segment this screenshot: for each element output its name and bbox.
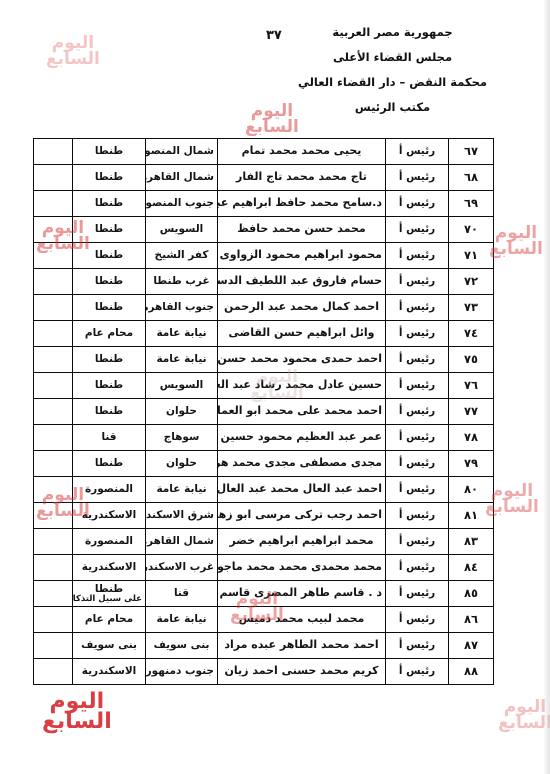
cell-name: كريم محمد حسنى احمد زيان — [218, 659, 386, 685]
cell-grade: رئيس أ — [386, 217, 449, 243]
youm7-watermark: اليوم السابع — [46, 36, 100, 67]
cell-transfer-court: طنطا — [73, 295, 146, 321]
cell-name: مجدى مصطفى مجدى محمد هرجه — [218, 451, 386, 477]
cell-current-court: غرب الاسكندرية — [146, 555, 218, 581]
cell-transfer-court: طنطا — [73, 347, 146, 373]
header-line-court: محكمة النقض – دار القضاء العالي — [285, 70, 500, 95]
table-row: ٨٦رئيس أمحمد لبيب محمد دميسنيابة عامةمحا… — [34, 607, 494, 633]
cell-serial: ٨٣ — [449, 529, 494, 555]
cell-grade: رئيس أ — [386, 347, 449, 373]
scan-edge-shadow — [543, 0, 550, 774]
header-line-council: مجلس القضاء الأعلى — [285, 45, 500, 70]
cell-empty — [34, 659, 73, 685]
cell-transfer-court: الاسكندرية — [73, 503, 146, 529]
table-row: ٧٤رئيس أوائل ابراهيم حسن القاضىنيابة عام… — [34, 321, 494, 347]
cell-current-court: غرب طنطا — [146, 269, 218, 295]
cell-empty — [34, 373, 73, 399]
cell-empty — [34, 347, 73, 373]
cell-empty — [34, 607, 73, 633]
watermark-text: اليوم — [46, 36, 100, 52]
table-row: ٧٨رئيس أعمر عبد العظيم محمود حسين حسنسوه… — [34, 425, 494, 451]
table-row: ٦٨رئيس أتاج محمد محمد تاج الفارشمال القا… — [34, 165, 494, 191]
header-line-office: مكتب الرئيس — [285, 95, 500, 120]
cell-empty — [34, 191, 73, 217]
cell-serial: ٧٦ — [449, 373, 494, 399]
cell-grade: رئيس أ — [386, 373, 449, 399]
cell-empty — [34, 477, 73, 503]
cell-current-court: نيابة عامة — [146, 607, 218, 633]
cell-current-court: جنوب المنصورة — [146, 191, 218, 217]
cell-current-court: شمال القاهرة — [146, 165, 218, 191]
cell-empty — [34, 165, 73, 191]
cell-empty — [34, 295, 73, 321]
cell-serial: ٨٤ — [449, 555, 494, 581]
cell-grade: رئيس أ — [386, 139, 449, 165]
table-row: ٧٦رئيس أحسين عادل محمد رشاد عبد العزيزال… — [34, 373, 494, 399]
cell-serial: ٨١ — [449, 503, 494, 529]
cell-name: محمد محمدى محمد محمد ماجور — [218, 555, 386, 581]
cell-serial: ٧٣ — [449, 295, 494, 321]
cell-name: احمد حمدى محمود محمد حسن — [218, 347, 386, 373]
table-row: ٧٣رئيس أاحمد كمال محمد عبد الرحمنجنوب ال… — [34, 295, 494, 321]
cell-empty — [34, 217, 73, 243]
cell-serial: ٧٠ — [449, 217, 494, 243]
cell-empty — [34, 269, 73, 295]
table-row: ٨٣رئيس أمحمد ابراهيم ابراهيم خضرشمال الق… — [34, 529, 494, 555]
cell-empty — [34, 425, 73, 451]
cell-serial: ٨٠ — [449, 477, 494, 503]
table-row: ٨١رئيس أاحمد رجب تركى مرسى ابو زهرهشرق ا… — [34, 503, 494, 529]
cell-serial: ٨٥ — [449, 581, 494, 607]
cell-grade: رئيس أ — [386, 503, 449, 529]
cell-transfer-court: طنطا — [73, 373, 146, 399]
cell-grade: رئيس أ — [386, 659, 449, 685]
cell-grade: رئيس أ — [386, 451, 449, 477]
cell-transfer-court: محام عام — [73, 607, 146, 633]
document-header: جمهورية مصر العربية مجلس القضاء الأعلى م… — [285, 20, 500, 120]
cell-grade: رئيس أ — [386, 165, 449, 191]
watermark-text: السابع — [46, 52, 100, 68]
cell-name: د.سامح محمد حافظ ابراهيم عبده — [218, 191, 386, 217]
cell-serial: ٨٦ — [449, 607, 494, 633]
cell-current-court: نيابة عامة — [146, 477, 218, 503]
cell-current-court: نيابة عامة — [146, 321, 218, 347]
cell-current-court: جنوب القاهرة — [146, 295, 218, 321]
cell-name: محمود ابراهيم محمود الزواوى — [218, 243, 386, 269]
cell-empty — [34, 555, 73, 581]
cell-serial: ٧٧ — [449, 399, 494, 425]
cell-empty — [34, 633, 73, 659]
cell-transfer-court: قنا — [73, 425, 146, 451]
cell-name: حسين عادل محمد رشاد عبد العزيز — [218, 373, 386, 399]
cell-grade: رئيس أ — [386, 295, 449, 321]
page-number: ٣٧ — [266, 28, 282, 43]
cell-current-court: بنى سويف — [146, 633, 218, 659]
cell-empty — [34, 529, 73, 555]
cell-empty — [34, 139, 73, 165]
cell-current-court: شرق الاسكندرية — [146, 503, 218, 529]
table-row: ٨٨رئيس أكريم محمد حسنى احمد زيانجنوب دمن… — [34, 659, 494, 685]
table-row: ٦٧رئيس أيحيى محمد محمد تمامشمال المنصورة… — [34, 139, 494, 165]
youm7-watermark: اليوم السابع — [42, 692, 112, 732]
cell-serial: ٧١ — [449, 243, 494, 269]
cell-empty — [34, 243, 73, 269]
cell-grade: رئيس أ — [386, 191, 449, 217]
cell-name: احمد رجب تركى مرسى ابو زهره — [218, 503, 386, 529]
cell-transfer-court: طنطا — [73, 451, 146, 477]
cell-name: محمد حسن محمد حافظ — [218, 217, 386, 243]
cell-name: حسام فاروق عبد اللطيف الدسوقى — [218, 269, 386, 295]
cell-serial: ٨٧ — [449, 633, 494, 659]
cell-serial: ٧٥ — [449, 347, 494, 373]
cell-serial: ٧٩ — [449, 451, 494, 477]
scanned-page: ٣٧ جمهورية مصر العربية مجلس القضاء الأعل… — [0, 0, 550, 774]
cell-name: احمد كمال محمد عبد الرحمن — [218, 295, 386, 321]
cell-empty — [34, 399, 73, 425]
cell-grade: رئيس أ — [386, 425, 449, 451]
table-row: ٧١رئيس أمحمود ابراهيم محمود الزواوىكفر ا… — [34, 243, 494, 269]
cell-serial: ٧٨ — [449, 425, 494, 451]
cell-current-court: سوهاج — [146, 425, 218, 451]
cell-transfer-court: طنطا — [73, 191, 146, 217]
cell-current-court: السويس — [146, 373, 218, 399]
cell-name: يحيى محمد محمد تمام — [218, 139, 386, 165]
cell-serial: ٦٨ — [449, 165, 494, 191]
cell-grade: رئيس أ — [386, 607, 449, 633]
cell-name: وائل ابراهيم حسن القاضى — [218, 321, 386, 347]
cell-grade: رئيس أ — [386, 477, 449, 503]
table-row: ٧٧رئيس أاحمد محمد على محمد ابو العمايمحل… — [34, 399, 494, 425]
cell-name: محمد لبيب محمد دميس — [218, 607, 386, 633]
cell-current-court: شمال المنصورة — [146, 139, 218, 165]
cell-current-court: حلوان — [146, 451, 218, 477]
cell-empty — [34, 451, 73, 477]
cell-transfer-court: طنطا — [73, 269, 146, 295]
cell-current-court: جنوب دمنهور — [146, 659, 218, 685]
cell-transfer-court: طنطا — [73, 165, 146, 191]
cell-grade: رئيس أ — [386, 529, 449, 555]
cell-grade: رئيس أ — [386, 243, 449, 269]
cell-note: على سبيل التذكار — [76, 595, 142, 604]
cell-empty — [34, 581, 73, 607]
table-row: ٨٤رئيس أمحمد محمدى محمد محمد ماجورغرب ال… — [34, 555, 494, 581]
table-row: ٧٥رئيس أاحمد حمدى محمود محمد حسننيابة عا… — [34, 347, 494, 373]
cell-name: عمر عبد العظيم محمود حسين حسن — [218, 425, 386, 451]
table-row: ٨٠رئيس أاحمد عبد العال محمد عبد العالنيا… — [34, 477, 494, 503]
judges-table: ٦٧رئيس أيحيى محمد محمد تمامشمال المنصورة… — [33, 138, 494, 685]
cell-transfer-court: الاسكندرية — [73, 659, 146, 685]
cell-current-court: قنا — [146, 581, 218, 607]
cell-transfer-court: طنطا — [73, 399, 146, 425]
header-line-country: جمهورية مصر العربية — [285, 20, 500, 45]
table-row: ٨٥رئيس أد . قاسم طاهر المصرى قاسمقناطنطا… — [34, 581, 494, 607]
cell-current-court: حلوان — [146, 399, 218, 425]
table-row: ٧٠رئيس أمحمد حسن محمد حافظالسويسطنطا — [34, 217, 494, 243]
cell-current-court: كفر الشيخ — [146, 243, 218, 269]
judges-table-body: ٦٧رئيس أيحيى محمد محمد تمامشمال المنصورة… — [34, 139, 494, 685]
cell-serial: ٨٨ — [449, 659, 494, 685]
cell-transfer-court: طنطا — [73, 139, 146, 165]
cell-transfer-court: الاسكندرية — [73, 555, 146, 581]
cell-name: محمد ابراهيم ابراهيم خضر — [218, 529, 386, 555]
cell-current-court: نيابة عامة — [146, 347, 218, 373]
table-row: ٦٩رئيس أد.سامح محمد حافظ ابراهيم عبدهجنو… — [34, 191, 494, 217]
cell-name: احمد عبد العال محمد عبد العال — [218, 477, 386, 503]
cell-current-court: السويس — [146, 217, 218, 243]
cell-empty — [34, 321, 73, 347]
cell-grade: رئيس أ — [386, 633, 449, 659]
table-row: ٨٧رئيس أاحمد محمد الطاهر عبده مرادبنى سو… — [34, 633, 494, 659]
watermark-text: السابع — [245, 120, 299, 136]
cell-serial: ٦٧ — [449, 139, 494, 165]
cell-transfer-court: طنطاعلى سبيل التذكار — [73, 581, 146, 607]
cell-empty — [34, 503, 73, 529]
table-row: ٧٩رئيس أمجدى مصطفى مجدى محمد هرجهحلوانطن… — [34, 451, 494, 477]
watermark-text: السابع — [42, 712, 112, 732]
cell-serial: ٧٤ — [449, 321, 494, 347]
youm7-watermark: اليوم السابع — [489, 226, 543, 257]
cell-serial: ٧٢ — [449, 269, 494, 295]
cell-name: احمد محمد على محمد ابو العمايم — [218, 399, 386, 425]
cell-transfer-court: المنصورة — [73, 477, 146, 503]
cell-serial: ٦٩ — [449, 191, 494, 217]
cell-grade: رئيس أ — [386, 321, 449, 347]
watermark-text: اليوم — [42, 692, 112, 712]
cell-transfer-court: طنطا — [73, 243, 146, 269]
watermark-text: اليوم — [489, 226, 543, 242]
cell-name: د . قاسم طاهر المصرى قاسم — [218, 581, 386, 607]
cell-grade: رئيس أ — [386, 399, 449, 425]
cell-grade: رئيس أ — [386, 269, 449, 295]
cell-current-court: شمال القاهرة — [146, 529, 218, 555]
cell-name: احمد محمد الطاهر عبده مراد — [218, 633, 386, 659]
cell-grade: رئيس أ — [386, 555, 449, 581]
cell-transfer-court: بنى سويف — [73, 633, 146, 659]
cell-transfer-court: المنصورة — [73, 529, 146, 555]
table-row: ٧٢رئيس أحسام فاروق عبد اللطيف الدسوقىغرب… — [34, 269, 494, 295]
cell-transfer-court: طنطا — [73, 217, 146, 243]
watermark-text: السابع — [489, 242, 543, 258]
cell-transfer-court: محام عام — [73, 321, 146, 347]
cell-name: تاج محمد محمد تاج الفار — [218, 165, 386, 191]
cell-grade: رئيس أ — [386, 581, 449, 607]
